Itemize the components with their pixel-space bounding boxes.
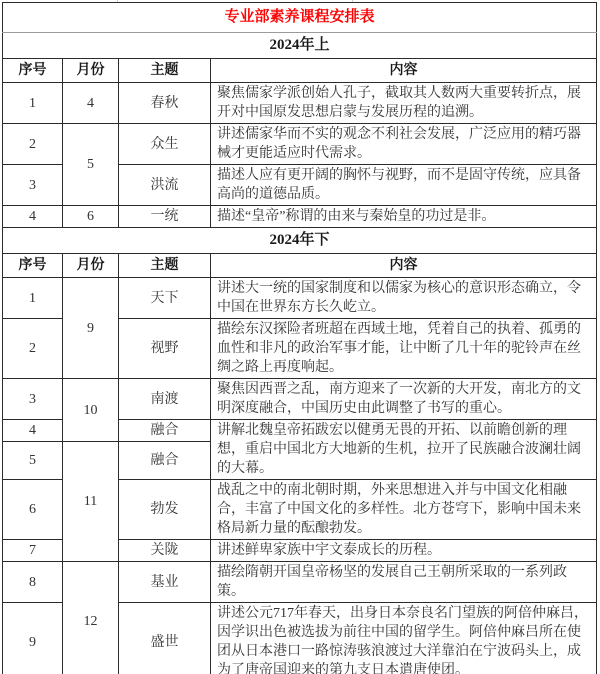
- cell-theme: 众生: [119, 124, 211, 165]
- cell-index: 1: [3, 278, 63, 319]
- cell-index: 4: [3, 420, 63, 442]
- cell-month: 5: [63, 124, 119, 206]
- cell-theme: 关陇: [119, 540, 211, 562]
- column-header-index: 序号: [3, 59, 63, 83]
- column-header-theme: 主题: [119, 254, 211, 278]
- cell-content: 讲述鲜卑家族中宇文泰成长的历程。: [211, 540, 597, 562]
- cell-content: 描述“皇帝”称谓的由来与秦始皇的功过是非。: [211, 206, 597, 228]
- table-row: 3 10 南渡 聚焦因西晋之乱，南方迎来了一次新的大开发，南北方的文明深度融合，…: [3, 379, 597, 420]
- cell-index: 5: [3, 442, 63, 480]
- cell-theme: 视野: [119, 319, 211, 379]
- cell-index: 3: [3, 165, 63, 206]
- section-label-2024-second-half: 2024年下: [3, 228, 597, 254]
- table-row: 1 4 春秋 聚焦儒家学派创始人孔子，截取其人数两大重要转折点，展开对中国原发思…: [3, 83, 597, 124]
- cell-content: 聚焦因西晋之乱，南方迎来了一次新的大开发，南北方的文明深度融合，中国历史由此调整…: [211, 379, 597, 420]
- cell-index: 2: [3, 319, 63, 379]
- cell-content: 战乱之中的南北朝时期，外来思想进入并与中国文化相融合，丰富了中国文化的多样性。北…: [211, 480, 597, 540]
- page-title: 专业部素养课程安排表: [3, 3, 597, 33]
- column-header-month: 月份: [63, 254, 119, 278]
- table-row: 1 9 天下 讲述大一统的国家制度和以儒家为核心的意识形态确立，令中国在世界东方…: [3, 278, 597, 319]
- table-row: 4 6 一统 描述“皇帝”称谓的由来与秦始皇的功过是非。: [3, 206, 597, 228]
- section-label-2024-first-half: 2024年上: [3, 33, 597, 59]
- column-header-index: 序号: [3, 254, 63, 278]
- cell-content: 讲述大一统的国家制度和以儒家为核心的意识形态确立，令中国在世界东方长久屹立。: [211, 278, 597, 319]
- column-header-theme: 主题: [119, 59, 211, 83]
- cell-theme: 一统: [119, 206, 211, 228]
- cell-content: 聚焦儒家学派创始人孔子，截取其人数两大重要转折点，展开对中国原发思想启蒙与发展历…: [211, 83, 597, 124]
- cell-index: 8: [3, 562, 63, 603]
- table-header-row: 序号 月份 主题 内容: [3, 59, 597, 83]
- cell-index: 9: [3, 603, 63, 674]
- cell-index: 2: [3, 124, 63, 165]
- cell-month: 4: [63, 83, 119, 124]
- cell-content: 描绘隋朝开国皇帝杨坚的发展自己王朝所采取的一系列政策。: [211, 562, 597, 603]
- column-header-content: 内容: [211, 254, 597, 278]
- cell-theme: 南渡: [119, 379, 211, 420]
- cell-content: 讲解北魏皇帝拓跋宏以健勇无畏的开拓、以前瞻创新的理想，重启中国北方大地新的生机，…: [211, 420, 597, 480]
- cell-index: 4: [3, 206, 63, 228]
- cell-month: 11: [63, 442, 119, 562]
- cell-theme: 勃发: [119, 480, 211, 540]
- cell-content: 描绘东汉探险者班超在西域土地，凭着自己的执着、孤勇的血性和非凡的政治军事才能，让…: [211, 319, 597, 379]
- cell-index: 1: [3, 83, 63, 124]
- cell-theme: 春秋: [119, 83, 211, 124]
- table-header-row: 序号 月份 主题 内容: [3, 254, 597, 278]
- table-row: 2 5 众生 讲述儒家华而不实的观念不利社会发展，广泛应用的精巧器械才更能适应时…: [3, 124, 597, 165]
- cell-theme: 基业: [119, 562, 211, 603]
- course-schedule-table: 专业部素养课程安排表 2024年上 序号 月份 主题 内容 1 4 春秋 聚焦儒…: [2, 2, 597, 674]
- cell-content: 讲述公元717年春天，出身日本奈良名门望族的阿倍仲麻吕，因学识出色被选拔为前往中…: [211, 603, 597, 674]
- cell-theme: 融合: [119, 420, 211, 442]
- cell-month: 12: [63, 562, 119, 674]
- cell-month: 9: [63, 278, 119, 379]
- column-header-content: 内容: [211, 59, 597, 83]
- column-header-month: 月份: [63, 59, 119, 83]
- cell-theme: 天下: [119, 278, 211, 319]
- cell-theme: 洪流: [119, 165, 211, 206]
- cell-month: 10: [63, 379, 119, 442]
- cell-index: 3: [3, 379, 63, 420]
- cell-content: 描述人应有更开阔的胸怀与视野，而不是固守传统，应具备高尚的道德品质。: [211, 165, 597, 206]
- table-row: 8 12 基业 描绘隋朝开国皇帝杨坚的发展自己王朝所采取的一系列政策。: [3, 562, 597, 603]
- cell-content: 讲述儒家华而不实的观念不利社会发展，广泛应用的精巧器械才更能适应时代需求。: [211, 124, 597, 165]
- cell-index: 6: [3, 480, 63, 540]
- cell-index: 7: [3, 540, 63, 562]
- cell-theme: 盛世: [119, 603, 211, 674]
- cell-month: 6: [63, 206, 119, 228]
- cell-theme: 融合: [119, 442, 211, 480]
